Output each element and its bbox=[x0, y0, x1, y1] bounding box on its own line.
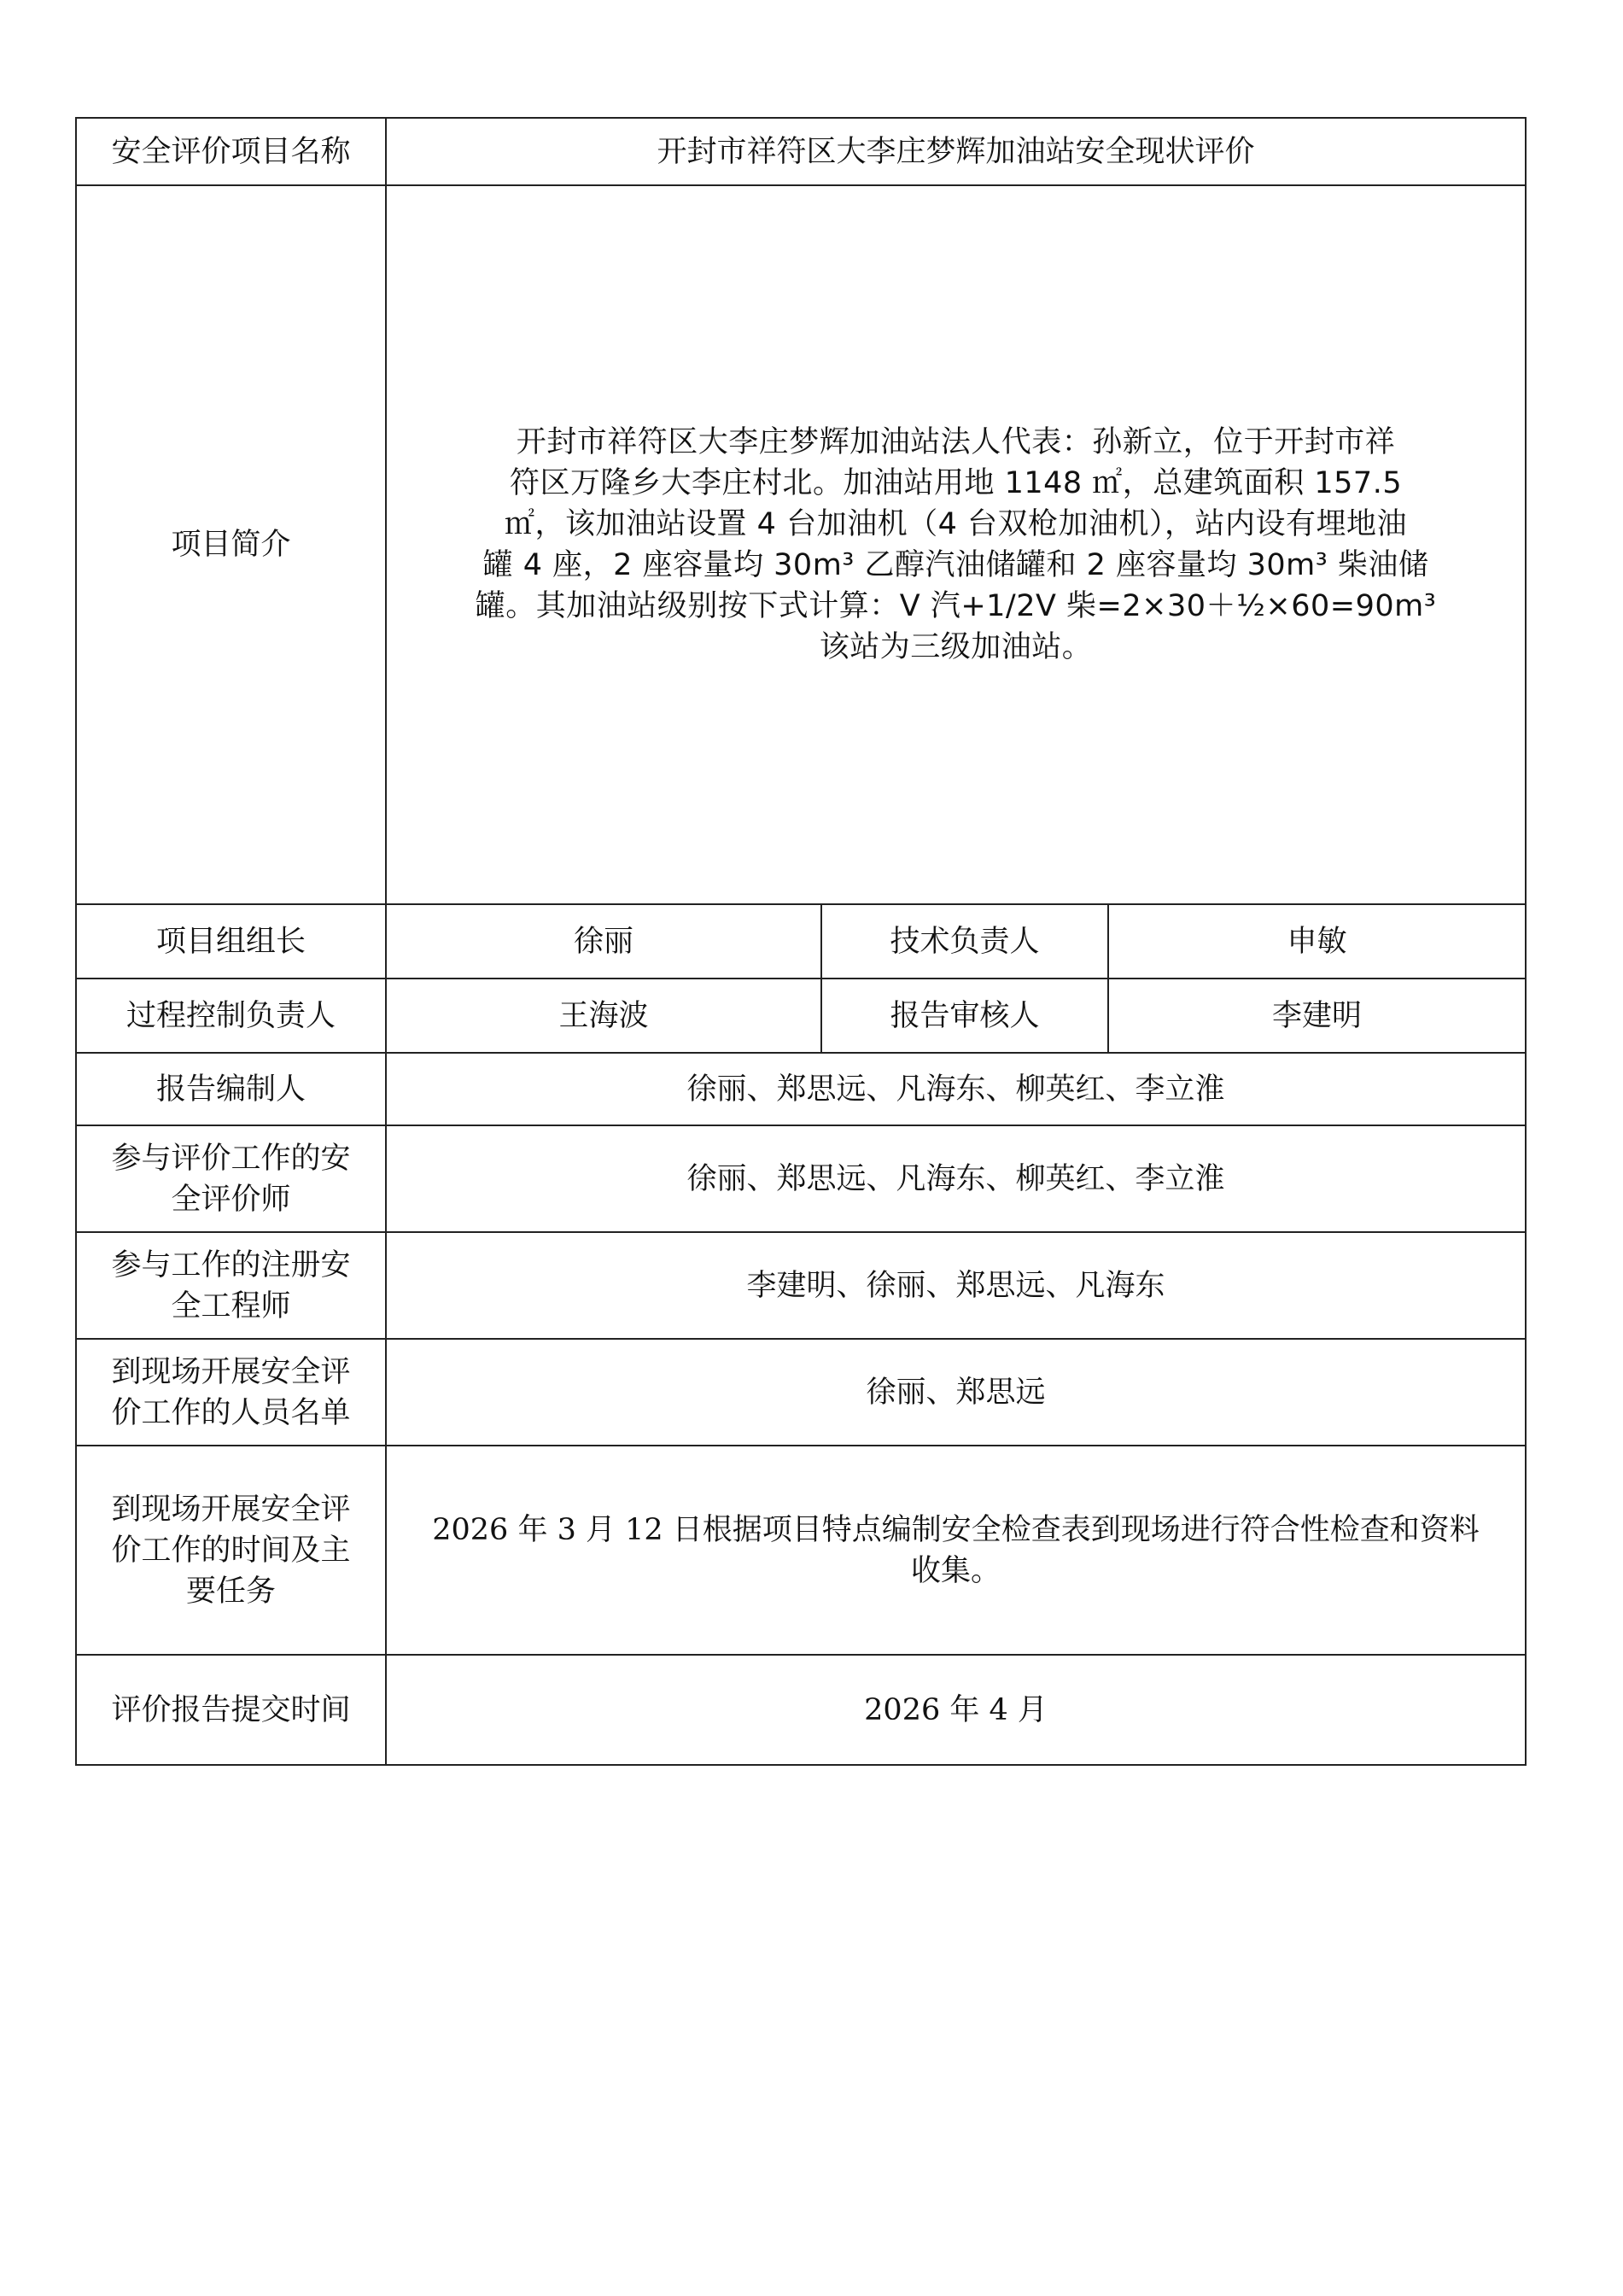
intro-line: 符区万隆乡大李庄村北。加油站用地 1148 ㎡，总建筑面积 157.5 bbox=[394, 463, 1518, 504]
row-project-intro: 项目简介 开封市祥符区大李庄梦辉加油站法人代表：孙新立，位于开封市祥 符区万隆乡… bbox=[76, 185, 1526, 904]
report-authors-label: 报告编制人 bbox=[76, 1053, 386, 1125]
row-engineers: 参与工作的注册安 全工程师 李建明、徐丽、郑思远、凡海东 bbox=[76, 1232, 1526, 1339]
onsite-staff-label-line: 价工作的人员名单 bbox=[84, 1393, 378, 1434]
onsite-tasks-value-line: 收集。 bbox=[394, 1551, 1518, 1592]
submission-value: 2026 年 4 月 bbox=[386, 1655, 1526, 1765]
document-page: 安全评价项目名称 开封市祥符区大李庄梦辉加油站安全现状评价 项目简介 开封市祥符… bbox=[0, 0, 1623, 2296]
engineers-label-line: 全工程师 bbox=[84, 1286, 378, 1327]
technical-lead-value: 申敏 bbox=[1108, 904, 1526, 979]
engineers-label-line: 参与工作的注册安 bbox=[84, 1245, 378, 1286]
submission-label: 评价报告提交时间 bbox=[76, 1655, 386, 1765]
report-reviewer-label: 报告审核人 bbox=[821, 979, 1108, 1053]
report-reviewer-value: 李建明 bbox=[1108, 979, 1526, 1053]
project-intro-text: 开封市祥符区大李庄梦辉加油站法人代表：孙新立，位于开封市祥 符区万隆乡大李庄村北… bbox=[386, 185, 1526, 904]
project-intro-label: 项目简介 bbox=[76, 185, 386, 904]
process-control-label: 过程控制负责人 bbox=[76, 979, 386, 1053]
team-leader-value: 徐丽 bbox=[386, 904, 821, 979]
onsite-staff-label-line: 到现场开展安全评 bbox=[84, 1352, 378, 1393]
project-name-label: 安全评价项目名称 bbox=[76, 118, 386, 185]
intro-line: 该站为三级加油站。 bbox=[394, 627, 1518, 668]
engineers-value: 李建明、徐丽、郑思远、凡海东 bbox=[386, 1232, 1526, 1339]
evaluators-label: 参与评价工作的安 全评价师 bbox=[76, 1125, 386, 1232]
project-name-value: 开封市祥符区大李庄梦辉加油站安全现状评价 bbox=[386, 118, 1526, 185]
intro-line: 罐。其加油站级别按下式计算：V 汽+1/2V 柴=2×30＋½×60=90m³ bbox=[394, 586, 1518, 627]
onsite-tasks-label-line: 要任务 bbox=[84, 1571, 378, 1612]
process-control-value: 王海波 bbox=[386, 979, 821, 1053]
intro-line: 罐 4 座，2 座容量均 30m³ 乙醇汽油储罐和 2 座容量均 30m³ 柴油… bbox=[394, 545, 1518, 586]
onsite-tasks-value: 2026 年 3 月 12 日根据项目特点编制安全检查表到现场进行符合性检查和资… bbox=[386, 1446, 1526, 1655]
row-onsite-staff: 到现场开展安全评 价工作的人员名单 徐丽、郑思远 bbox=[76, 1339, 1526, 1446]
onsite-tasks-label: 到现场开展安全评 价工作的时间及主 要任务 bbox=[76, 1446, 386, 1655]
onsite-staff-value: 徐丽、郑思远 bbox=[386, 1339, 1526, 1446]
row-evaluators: 参与评价工作的安 全评价师 徐丽、郑思远、凡海东、柳英红、李立淮 bbox=[76, 1125, 1526, 1232]
onsite-staff-label: 到现场开展安全评 价工作的人员名单 bbox=[76, 1339, 386, 1446]
onsite-tasks-label-line: 价工作的时间及主 bbox=[84, 1530, 378, 1571]
row-process-control: 过程控制负责人 王海波 报告审核人 李建明 bbox=[76, 979, 1526, 1053]
evaluators-label-line: 参与评价工作的安 bbox=[84, 1138, 378, 1179]
row-report-authors: 报告编制人 徐丽、郑思远、凡海东、柳英红、李立淮 bbox=[76, 1053, 1526, 1125]
intro-line: ㎡，该加油站设置 4 台加油机（4 台双枪加油机），站内设有埋地油 bbox=[394, 504, 1518, 545]
row-team-leader: 项目组组长 徐丽 技术负责人 申敏 bbox=[76, 904, 1526, 979]
onsite-tasks-value-line: 2026 年 3 月 12 日根据项目特点编制安全检查表到现场进行符合性检查和资… bbox=[394, 1510, 1518, 1551]
evaluators-label-line: 全评价师 bbox=[84, 1179, 378, 1220]
safety-evaluation-info-table: 安全评价项目名称 开封市祥符区大李庄梦辉加油站安全现状评价 项目简介 开封市祥符… bbox=[75, 117, 1527, 1766]
technical-lead-label: 技术负责人 bbox=[821, 904, 1108, 979]
row-project-name: 安全评价项目名称 开封市祥符区大李庄梦辉加油站安全现状评价 bbox=[76, 118, 1526, 185]
report-authors-value: 徐丽、郑思远、凡海东、柳英红、李立淮 bbox=[386, 1053, 1526, 1125]
intro-line: 开封市祥符区大李庄梦辉加油站法人代表：孙新立，位于开封市祥 bbox=[394, 422, 1518, 463]
team-leader-label: 项目组组长 bbox=[76, 904, 386, 979]
onsite-tasks-label-line: 到现场开展安全评 bbox=[84, 1489, 378, 1530]
row-onsite-tasks: 到现场开展安全评 价工作的时间及主 要任务 2026 年 3 月 12 日根据项… bbox=[76, 1446, 1526, 1655]
evaluators-value: 徐丽、郑思远、凡海东、柳英红、李立淮 bbox=[386, 1125, 1526, 1232]
engineers-label: 参与工作的注册安 全工程师 bbox=[76, 1232, 386, 1339]
row-submission: 评价报告提交时间 2026 年 4 月 bbox=[76, 1655, 1526, 1765]
